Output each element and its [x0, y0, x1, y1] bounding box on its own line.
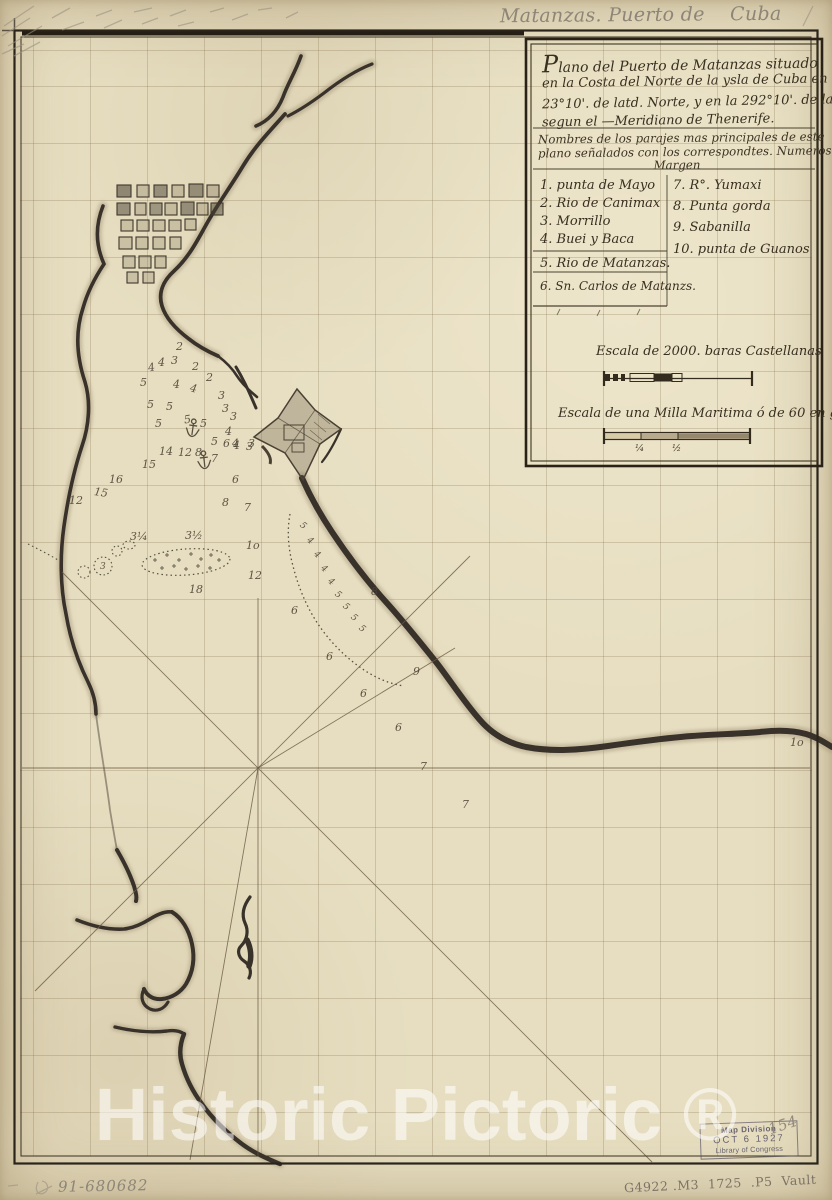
sounding: 7: [244, 501, 251, 514]
sounding: 4: [189, 381, 199, 395]
sounding: 4: [173, 378, 180, 391]
sounding: 2: [206, 371, 213, 384]
sounding: 6: [360, 687, 367, 700]
sounding: 5: [211, 435, 218, 448]
sounding: 5: [140, 376, 147, 389]
sounding: 3½: [185, 529, 203, 542]
sounding: 4: [325, 576, 336, 587]
sounding: 6: [395, 721, 402, 734]
sounding: 15: [93, 485, 109, 500]
sounding: 3: [171, 354, 178, 367]
sounding: 5: [147, 398, 154, 411]
legend-item: 7. R°. Yumaxi: [673, 178, 761, 193]
sounding: 4: [233, 439, 240, 452]
legend-item: 5. Rio de Matanzas.: [540, 256, 670, 271]
sounding: 6: [326, 650, 333, 663]
sounding: 5: [340, 601, 351, 612]
sounding: 3¼: [130, 530, 148, 543]
legend-item: 3. Morrillo: [540, 214, 610, 229]
stamp-line-3: Library of Congress: [701, 1143, 797, 1155]
sounding: 4: [158, 356, 165, 369]
scale2-label: Escala de una Milla Maritima ó de 60 en …: [558, 406, 820, 421]
sounding: 18: [189, 583, 203, 596]
sounding: 8: [371, 585, 378, 598]
sounding: 7: [211, 452, 218, 465]
sounding: 7: [420, 760, 427, 773]
map-scan: 2344254423553555456431412871516151268734…: [0, 0, 832, 1200]
sounding: 5: [356, 623, 367, 634]
sounding: 8: [195, 446, 202, 459]
sounding: 16: [109, 473, 123, 486]
sounding: 5: [200, 417, 207, 430]
sounding: 7: [462, 798, 469, 811]
sounding: 2: [192, 360, 199, 373]
sounding: 3: [100, 562, 106, 572]
legend-item: 2. Rio de Canimax: [540, 196, 660, 211]
legend-item: 6. Sn. Carlos de Matanzs.: [540, 279, 696, 293]
legend-item: 1. punta de Mayo: [540, 178, 655, 193]
sounding: 5: [297, 520, 308, 531]
sounding: 14: [159, 445, 173, 458]
sounding: 12: [69, 494, 83, 507]
accession-number: 91-680682: [58, 1176, 149, 1196]
sounding: 1o: [790, 736, 804, 749]
sounding: 1o: [246, 539, 260, 552]
sounding: 15: [142, 458, 156, 471]
sounding: 4: [318, 563, 329, 574]
sounding: 5: [332, 589, 343, 600]
sounding: 6: [291, 604, 298, 617]
scale2-half-label: ½: [672, 443, 681, 454]
sounding: 6: [223, 437, 230, 450]
sounding: 5: [348, 612, 359, 623]
legend-item: 9. Sabanilla: [673, 220, 751, 235]
top-pencil-note: Matanzas. Puerto de Cuba: [500, 3, 782, 27]
scale1-label: Escala de 2000. baras Castellanas: [596, 344, 802, 359]
sounding: 12: [178, 446, 192, 459]
sounding: 4: [147, 360, 156, 374]
legend-item: 8. Punta gorda: [673, 199, 771, 214]
cartouche-subtitle-line: Margen: [538, 157, 816, 174]
sounding: 8: [222, 496, 229, 509]
sounding: 5: [166, 400, 173, 413]
sounding: 3: [230, 410, 237, 423]
sounding: 3: [246, 440, 253, 453]
sounding: 3: [218, 389, 225, 402]
scale2-quarter-label: ¼: [635, 443, 644, 454]
sounding: 12: [248, 569, 262, 582]
sounding: 9: [413, 665, 420, 678]
sounding: 5: [183, 413, 192, 427]
sounding: 4: [304, 535, 315, 546]
sounding: 3: [222, 402, 229, 415]
legend-item: 10. punta de Guanos: [673, 242, 810, 257]
sounding: 6: [232, 473, 239, 486]
sounding: 4: [311, 549, 322, 560]
sounding: 2: [176, 340, 183, 353]
legend-item: 4. Buei y Baca: [540, 232, 634, 247]
sounding: 5: [155, 417, 162, 430]
